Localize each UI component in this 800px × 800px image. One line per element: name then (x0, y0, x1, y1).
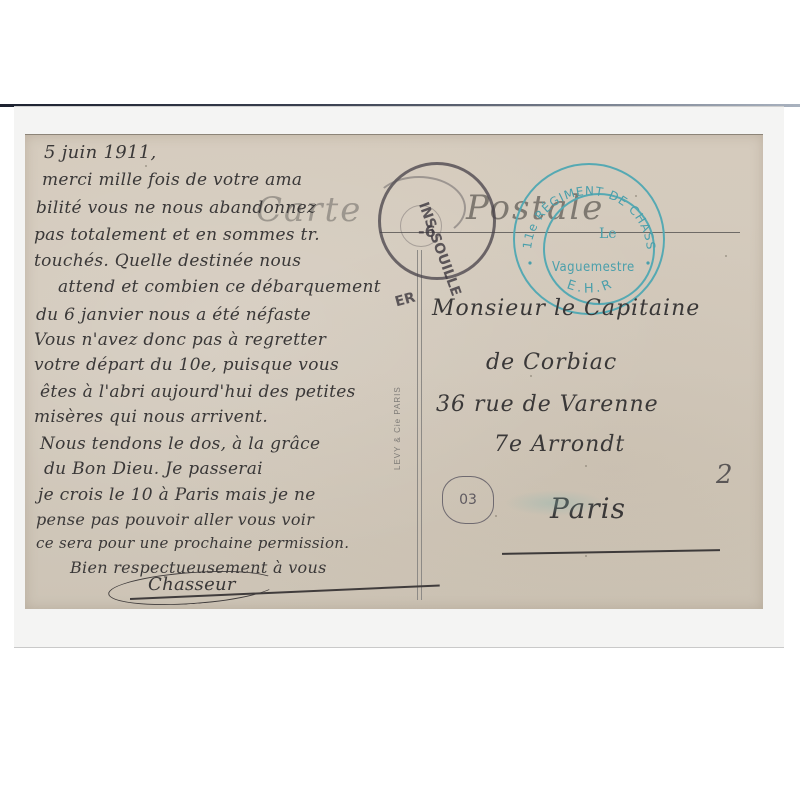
message-line: du 6 janvier nous a été néfaste (36, 305, 311, 325)
publisher-imprint: LEVY & Cie PARIS (393, 386, 402, 470)
paper-speck (585, 465, 587, 467)
cachet-ring-bottom: E.H.R (565, 276, 616, 296)
message-line: je crois le 10 à Paris mais je ne (38, 485, 316, 505)
address-annotation: 2 (716, 460, 733, 490)
message-date: 5 juin 1911, (44, 142, 157, 163)
signature: Chasseur (148, 574, 236, 595)
ink-smudge (505, 490, 605, 516)
message-line: merci mille fois de votre ama (42, 170, 302, 190)
message-line: êtes à l'abri aujourd'hui des petites (40, 382, 356, 402)
message-line: du Bon Dieu. Je passerai (44, 459, 263, 479)
message-line: Nous tendons le dos, à la grâce (40, 434, 320, 454)
message-line: touchés. Quelle destinée nous (34, 251, 301, 271)
message-line: bilité vous ne nous abandonnez (36, 198, 316, 218)
message-line: misères qui nous arrivent. (34, 407, 268, 427)
message-line: attend et combien ce débarquement (58, 277, 381, 297)
message-line: pas totalement et en sommes tr. (34, 225, 320, 245)
paper-speck (725, 255, 727, 257)
cachet-ring-text: 11e RÉGIMENT DE CHASSEURS E.H.R (513, 163, 665, 315)
paper-speck (585, 555, 587, 557)
cachet-center-bottom: Vaguemestre (552, 260, 635, 275)
center-divider (417, 250, 422, 600)
svg-text:E.H.R: E.H.R (565, 276, 616, 296)
svg-text:11e RÉGIMENT DE CHASSEURS: 11e RÉGIMENT DE CHASSEURS (513, 163, 658, 251)
address-line: de Corbiac (486, 350, 617, 375)
address-line: 7e Arrondt (494, 432, 625, 457)
paper-speck (145, 165, 147, 167)
cachet-center-top: Le (599, 226, 617, 242)
paper-speck (495, 515, 497, 517)
small-hex-mark: 03 (442, 476, 494, 524)
message-line: pense pas pouvoir aller vous voir (36, 510, 314, 529)
postmark-date: -6 (418, 222, 436, 241)
message-line: Vous n'avez donc pas à regretter (34, 330, 326, 350)
message-line: votre départ du 10e, puisque vous (34, 355, 339, 375)
address-line: Monsieur le Capitaine (432, 296, 700, 321)
cachet-ring-top: 11e RÉGIMENT DE CHASSEURS (513, 163, 658, 251)
address-line: 36 rue de Varenne (436, 392, 659, 417)
message-line: ce sera pour une prochaine permission. (36, 534, 349, 552)
paper-speck (530, 375, 532, 377)
